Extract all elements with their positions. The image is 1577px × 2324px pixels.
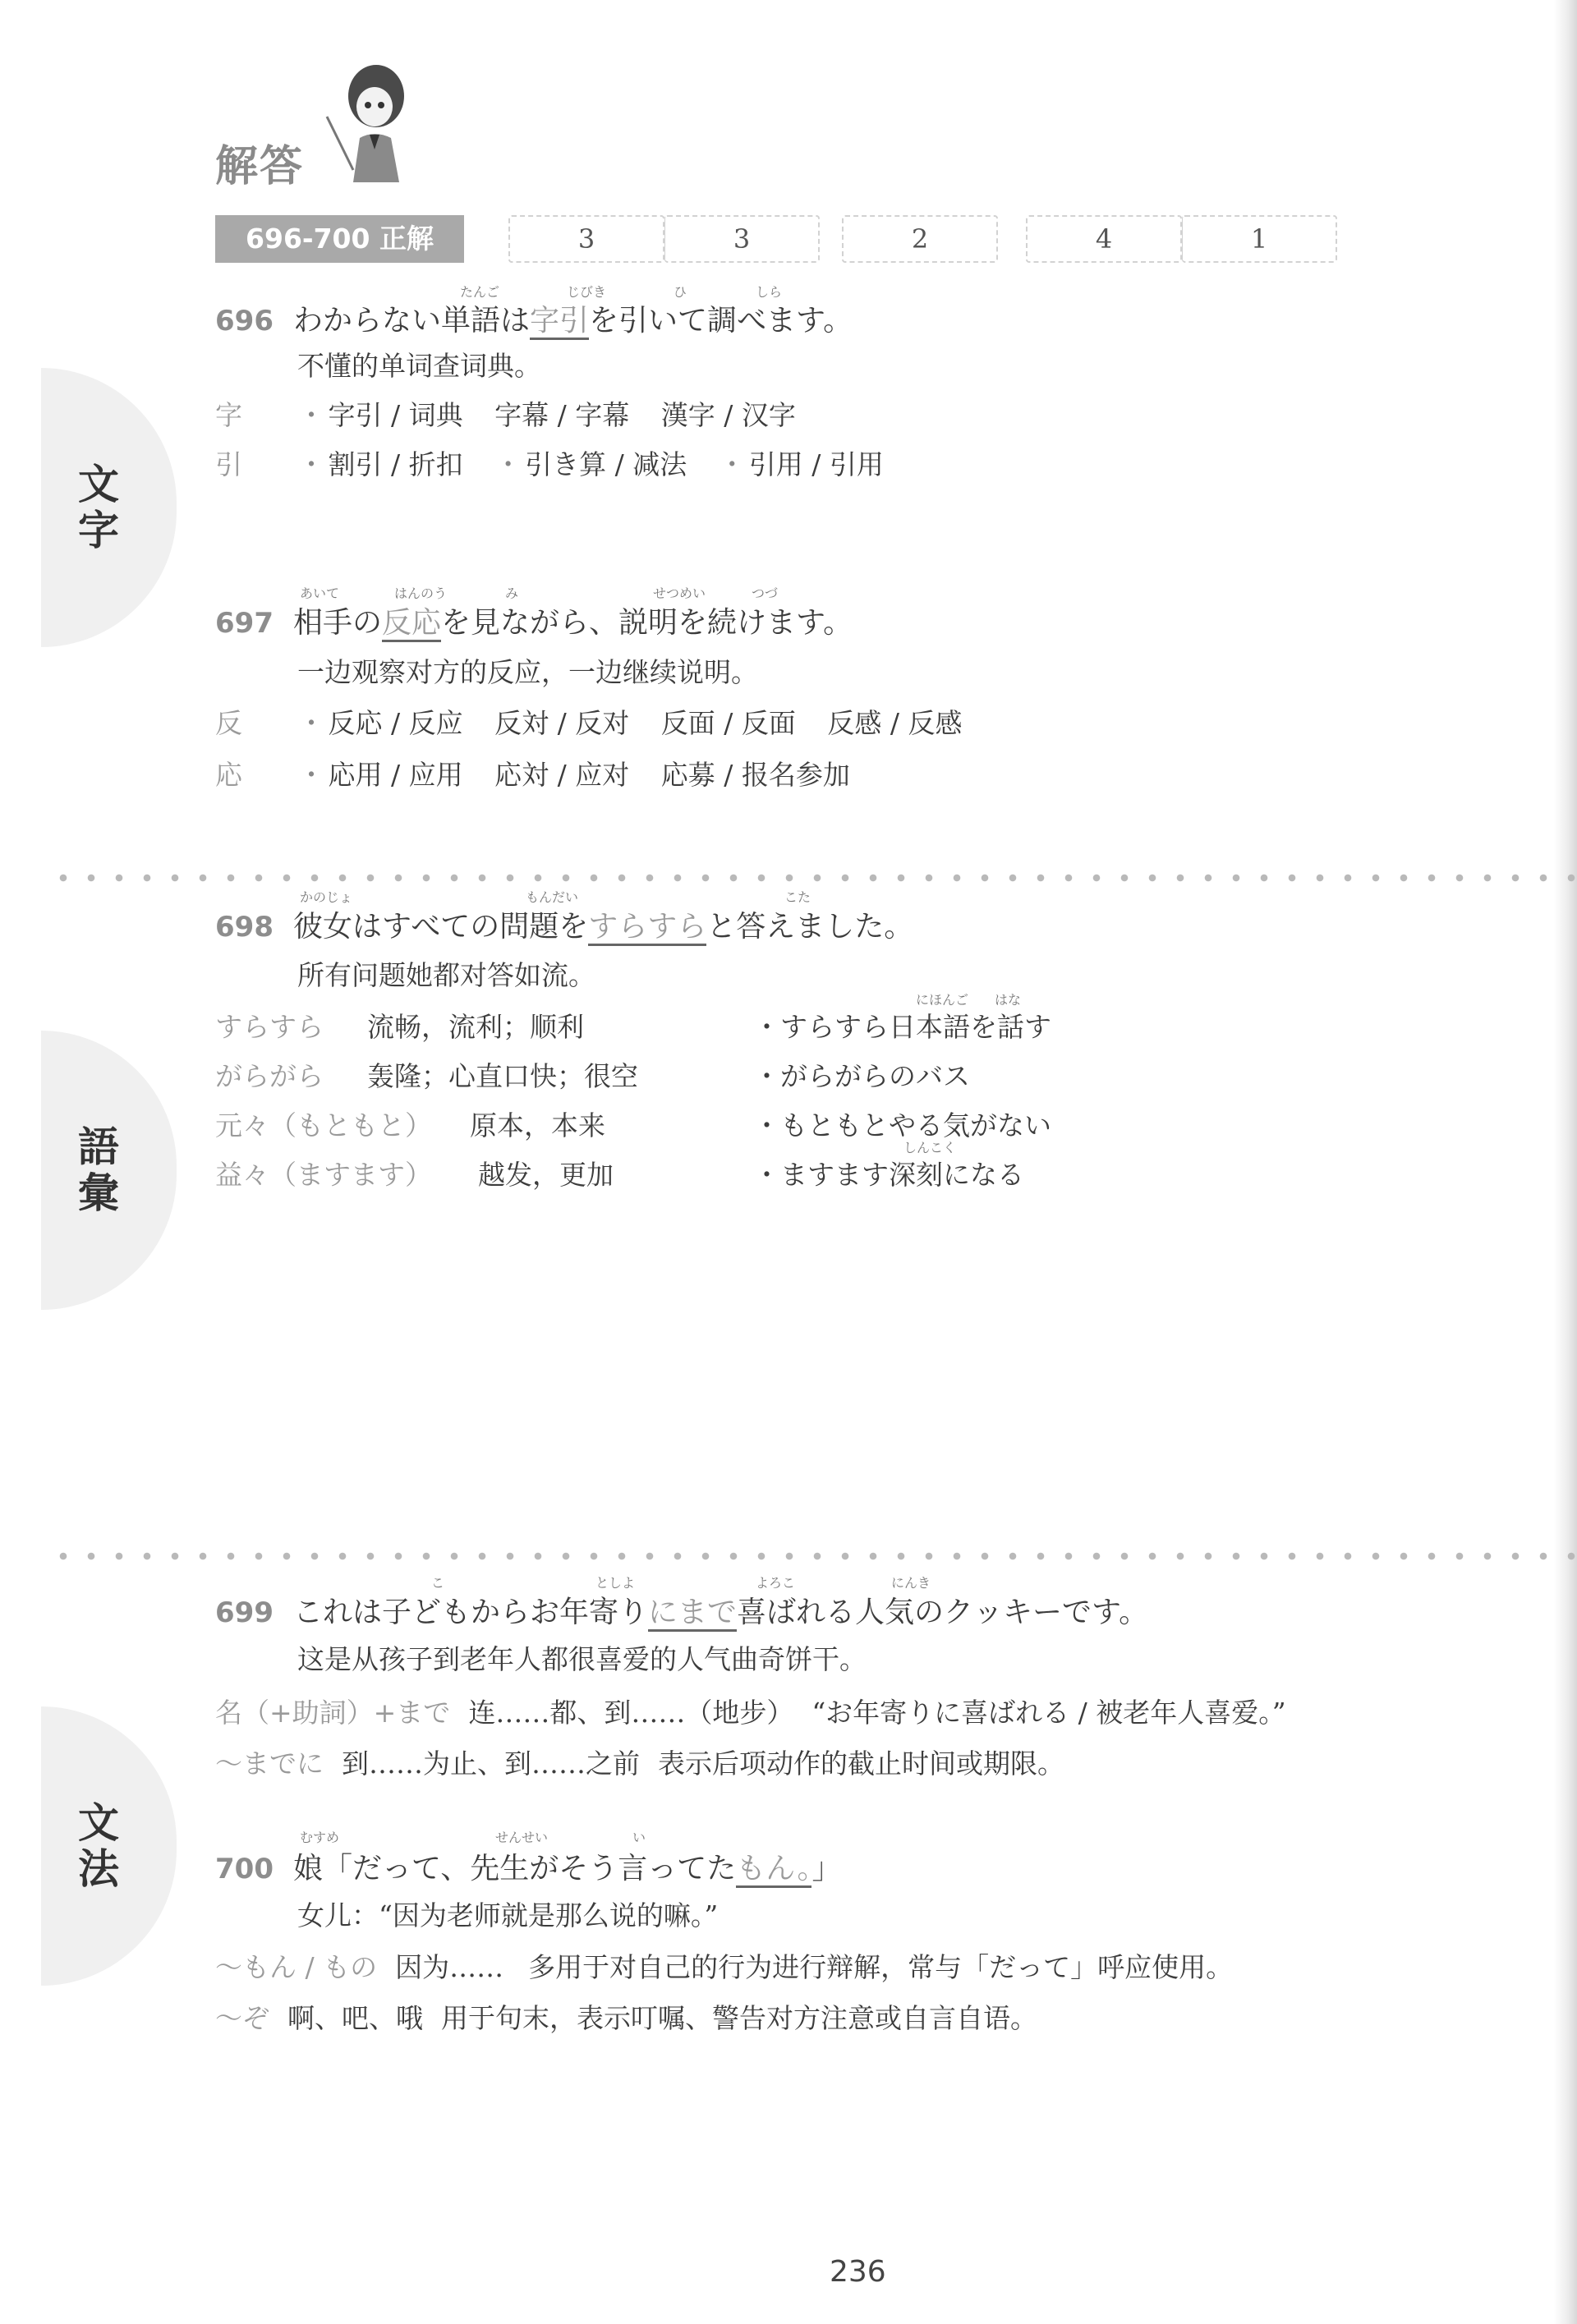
furigana: しんこく <box>903 1137 956 1154</box>
kanji-item: ・応用 / 应用 <box>298 759 463 791</box>
question-number: 697 <box>215 607 293 640</box>
sentence-text: を見ながら、説明を続けます。 <box>441 606 853 640</box>
furigana: はんのう <box>394 583 447 599</box>
vocab-term: すらすら <box>215 1006 367 1045</box>
grammar-meaning: 连……都、到……（地步） <box>468 1697 793 1729</box>
question-number: 700 <box>215 1853 293 1885</box>
furigana: にほんご はな <box>916 990 1021 1006</box>
furigana: せんせい <box>495 1827 548 1844</box>
vocab-row: すらすら流畅，流利；顺利・すらすら日本語を話す <box>215 1006 1051 1045</box>
sentence-text: 」 <box>811 1852 841 1885</box>
kanji-item: 漢字 / 汉字 <box>661 399 796 431</box>
translation-696: 不懂的单词查词典。 <box>297 345 541 384</box>
question-698: 698彼女はすべての問題をすらすらと答えました。 <box>215 903 913 945</box>
furigana: むすめ <box>300 1827 339 1844</box>
furigana: ひ <box>674 282 687 298</box>
question-696: 696わからない単語は字引を引いて調べます。 <box>215 297 853 339</box>
answer-underline: にまで <box>648 1596 737 1632</box>
answer-697: 3 <box>664 215 820 263</box>
kanji-item: ・割引 / 折扣 <box>298 448 463 480</box>
page-number: 236 <box>830 2255 886 2289</box>
answer-range-label: 696-700 正解 <box>215 215 464 263</box>
sentence-text: わからない単語は <box>293 304 530 338</box>
kanji-item: ・字引 / 词典 <box>298 399 463 431</box>
vocab-meaning: 越发，更加 <box>478 1154 753 1192</box>
kanji-item: ・引用 / 引用 <box>719 448 884 480</box>
answer-700: 1 <box>1182 215 1337 263</box>
answer-group-1: 3 3 <box>508 215 820 263</box>
side-tab-label: 文法 <box>74 1800 123 1892</box>
grammar-pattern: ～もん / もの <box>215 1951 377 1983</box>
sentence-text: これは子どもからお年寄り <box>293 1596 648 1629</box>
question-697: 697相手の反応を見ながら、説明を続けます。 <box>215 599 853 641</box>
sentence-text: と答えました。 <box>706 910 913 944</box>
kanji-row-in: 引 ・割引 / 折扣 ・引き算 / 减法 ・引用 / 引用 <box>215 443 907 482</box>
grammar-row: ～もん / もの因为……多用于对自己的行为进行辩解，常与「だって」呼应使用。 <box>215 1946 1233 1985</box>
vocab-meaning: 轰隆；心直口快；很空 <box>367 1055 753 1094</box>
furigana: こた <box>784 887 811 903</box>
furigana: こ <box>431 1573 444 1589</box>
sentence-text: 喜ばれる人気のクッキーです。 <box>737 1596 1148 1629</box>
vocab-row: 益々（ますます）越发，更加・ますます深刻になる <box>215 1154 1024 1192</box>
vocab-example: ・もともとやる気がない <box>753 1109 1051 1141</box>
translation-698: 所有问题她都对答如流。 <box>297 954 595 993</box>
kanji-item: 反対 / 反对 <box>494 707 629 739</box>
answer-698: 2 <box>842 215 998 263</box>
furigana: つづ <box>752 583 778 599</box>
answer-699: 4 <box>1026 215 1182 263</box>
side-tab-label: 語彙 <box>74 1124 123 1216</box>
side-tab-moji: 文字 <box>41 368 177 647</box>
grammar-row: 名（+助詞）+まで连……都、到……（地步）“お年寄りに喜ばれる / 被老年人喜爱… <box>215 1692 1286 1730</box>
grammar-meaning: 到……为止、到……之前 <box>342 1748 640 1780</box>
page-title: 解答 <box>215 131 304 193</box>
grammar-pattern: ～ぞ <box>215 2002 269 2034</box>
kanji-item: 反面 / 反面 <box>661 707 796 739</box>
kanji-item: 応募 / 报名参加 <box>661 759 850 791</box>
furigana: せつめい <box>653 583 706 599</box>
vocab-example: ・ますます深刻になる <box>753 1159 1024 1191</box>
kanji-item: ・引き算 / 减法 <box>494 448 687 480</box>
grammar-row: ～ぞ啊、吧、哦用于句末，表示叮嘱、警告对方注意或自言自语。 <box>215 1997 1037 2036</box>
kanji-row-ou: 応 ・応用 / 应用 応対 / 应对 応募 / 报名参加 <box>215 754 873 792</box>
vocab-meaning: 原本，本来 <box>470 1105 753 1143</box>
side-tab-bunpou: 文法 <box>41 1706 177 1986</box>
kanji-head: 字 <box>215 394 289 433</box>
vocab-term: がらがら <box>215 1055 367 1094</box>
furigana: あいて <box>300 583 339 599</box>
answer-underline: もん。 <box>736 1852 811 1888</box>
furigana: かのじょ <box>300 887 352 903</box>
sentence-text: 娘「だって、先生がそう言ってた <box>293 1852 736 1885</box>
vocab-row: がらがら轰隆；心直口快；很空・がらがらのバス <box>215 1055 970 1094</box>
sentence-text: 相手の <box>293 606 382 640</box>
kanji-head: 応 <box>215 754 289 792</box>
furigana: たんご <box>460 282 499 298</box>
vocab-example: ・がらがらのバス <box>753 1060 970 1092</box>
furigana: にんき <box>891 1573 931 1589</box>
kanji-head: 引 <box>215 443 289 482</box>
grammar-pattern: 名（+助詞）+まで <box>215 1697 450 1729</box>
question-number: 699 <box>215 1596 293 1629</box>
dotted-separator <box>49 1552 1577 1560</box>
answer-underline: 反応 <box>382 606 441 642</box>
grammar-note: 用于句末，表示叮嘱、警告对方注意或自言自语。 <box>441 2002 1037 2034</box>
furigana: い <box>632 1827 646 1844</box>
translation-700: 女儿：“因为老师就是那么说的嘛。” <box>297 1895 718 1933</box>
kanji-row-han: 反 ・反応 / 反应 反対 / 反对 反面 / 反面 反感 / 反感 <box>215 702 985 741</box>
kanji-item: 反感 / 反感 <box>827 707 962 739</box>
teacher-mascot-icon <box>320 59 419 182</box>
answer-696: 3 <box>508 215 664 263</box>
answer-underline: 字引 <box>530 304 589 340</box>
answer-group-2: 2 <box>842 215 998 263</box>
grammar-meaning: 因为…… <box>395 1951 503 1983</box>
kanji-item: 字幕 / 字幕 <box>494 399 629 431</box>
kanji-item: ・反応 / 反应 <box>298 707 463 739</box>
grammar-note: 多用于对自己的行为进行辩解，常与「だって」呼应使用。 <box>528 1951 1233 1983</box>
side-tab-label: 文字 <box>74 462 123 553</box>
kanji-item: 応対 / 应对 <box>494 759 629 791</box>
furigana: としよ <box>595 1573 635 1589</box>
question-699: 699これは子どもからお年寄りにまで喜ばれる人気のクッキーです。 <box>215 1589 1148 1631</box>
answer-group-3: 4 1 <box>1026 215 1337 263</box>
dotted-separator <box>49 874 1577 882</box>
vocab-term: 益々（ますます） <box>215 1154 478 1192</box>
kanji-row-ji: 字 ・字引 / 词典 字幕 / 字幕 漢字 / 汉字 <box>215 394 819 433</box>
furigana: じびき <box>567 282 606 298</box>
page-edge-shadow <box>1554 0 1577 2324</box>
question-700: 700娘「だって、先生がそう言ってたもん。」 <box>215 1845 841 1887</box>
furigana: もんだい <box>526 887 578 903</box>
furigana: み <box>505 583 518 599</box>
sentence-text: を引いて調べます。 <box>589 304 853 338</box>
side-tab-goi: 語彙 <box>41 1031 177 1310</box>
kanji-head: 反 <box>215 702 289 741</box>
furigana: よろこ <box>756 1573 795 1589</box>
grammar-pattern: ～までに <box>215 1748 324 1780</box>
grammar-meaning: 啊、吧、哦 <box>287 2002 423 2034</box>
grammar-note: “お年寄りに喜ばれる / 被老年人喜爱。” <box>811 1697 1285 1729</box>
furigana: しら <box>756 282 782 298</box>
question-number: 698 <box>215 911 293 944</box>
sentence-text: 彼女はすべての問題を <box>293 910 588 944</box>
grammar-row: ～までに到……为止、到……之前表示后项动作的截止时间或期限。 <box>215 1743 1064 1781</box>
translation-697: 一边观察对方的反应，一边继续说明。 <box>297 651 758 690</box>
grammar-note: 表示后项动作的截止时间或期限。 <box>658 1748 1064 1780</box>
vocab-example: ・すらすら日本語を話す <box>753 1011 1051 1043</box>
translation-699: 这是从孩子到老年人都很喜爱的人气曲奇饼干。 <box>297 1638 867 1677</box>
answer-underline: すらすら <box>588 910 706 946</box>
question-number: 696 <box>215 305 293 338</box>
vocab-term: 元々（もともと） <box>215 1105 470 1143</box>
vocab-meaning: 流畅，流利；顺利 <box>367 1006 753 1045</box>
